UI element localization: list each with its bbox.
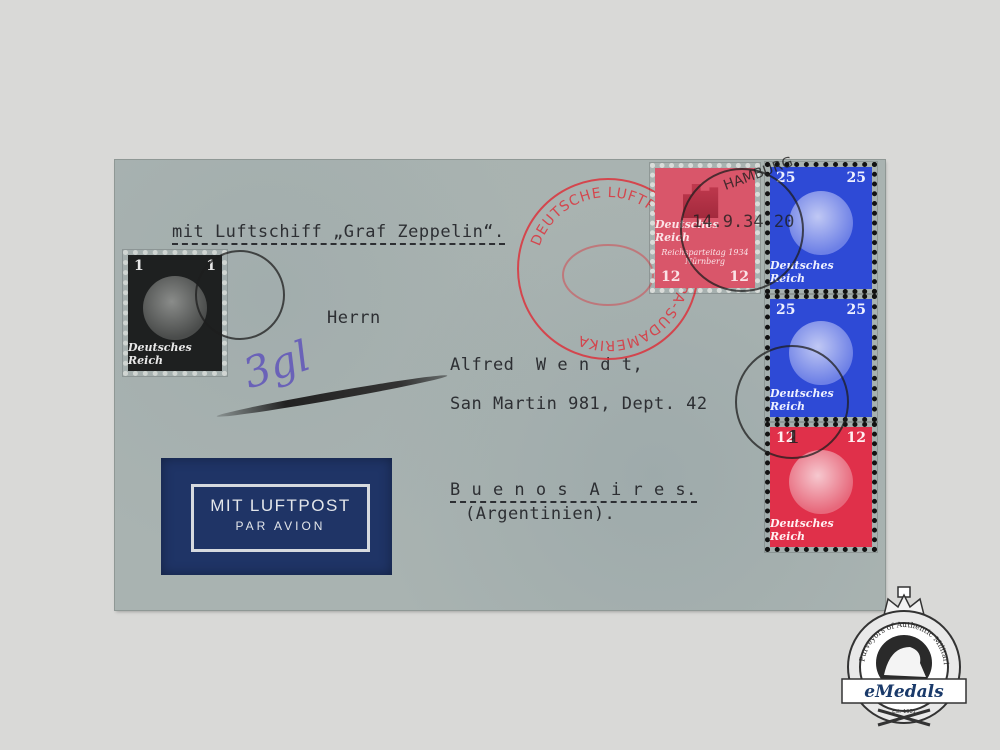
stamp-legend: Deutsches Reich: [770, 517, 872, 547]
stamp-value: 25: [776, 302, 795, 318]
airmail-label-frame: MIT LUFTPOST PAR AVION: [191, 484, 370, 552]
stamp-value: 25: [847, 170, 866, 186]
hamburg-postmark-lower: 1: [735, 345, 849, 459]
postmark-date: 14.9.34: [692, 212, 764, 232]
endorsement-text: mit Luftschiff „Graf Zeppelin“.: [172, 222, 505, 245]
emedals-logo: eMedals Est. 1981 Purveyors of Authentic…: [838, 585, 978, 730]
left-postmark: [195, 250, 285, 340]
postmark-time: 20: [774, 212, 794, 232]
handwritten-note: 3gl: [237, 331, 316, 398]
hamburg-postmark: 14.9.34 20 HAMBURG: [680, 168, 804, 292]
stamp-value: 12: [847, 430, 866, 446]
recipient-country: (Argentinien).: [465, 504, 615, 524]
stamp-legend: Deutsches Reich: [128, 341, 222, 371]
envelope: mit Luftschiff „Graf Zeppelin“. Herrn Al…: [115, 160, 885, 610]
stamp-value: 25: [847, 302, 866, 318]
stamp-value: 12: [661, 269, 680, 285]
hindenburg-portrait-icon: [789, 450, 853, 514]
airmail-label-line1: MIT LUFTPOST: [194, 496, 367, 516]
recipient-street: San Martin 981, Dept. 42: [450, 394, 708, 414]
salutation-text: Herrn: [327, 308, 381, 328]
svg-text:eMedals: eMedals: [864, 682, 944, 702]
recipient-city: B u e n o s A i r e s.: [450, 480, 697, 503]
airmail-label: MIT LUFTPOST PAR AVION: [161, 458, 392, 575]
postmark-number: 1: [787, 427, 800, 448]
stamp-value: 1: [134, 258, 144, 274]
airmail-label-line2: PAR AVION: [194, 519, 367, 533]
